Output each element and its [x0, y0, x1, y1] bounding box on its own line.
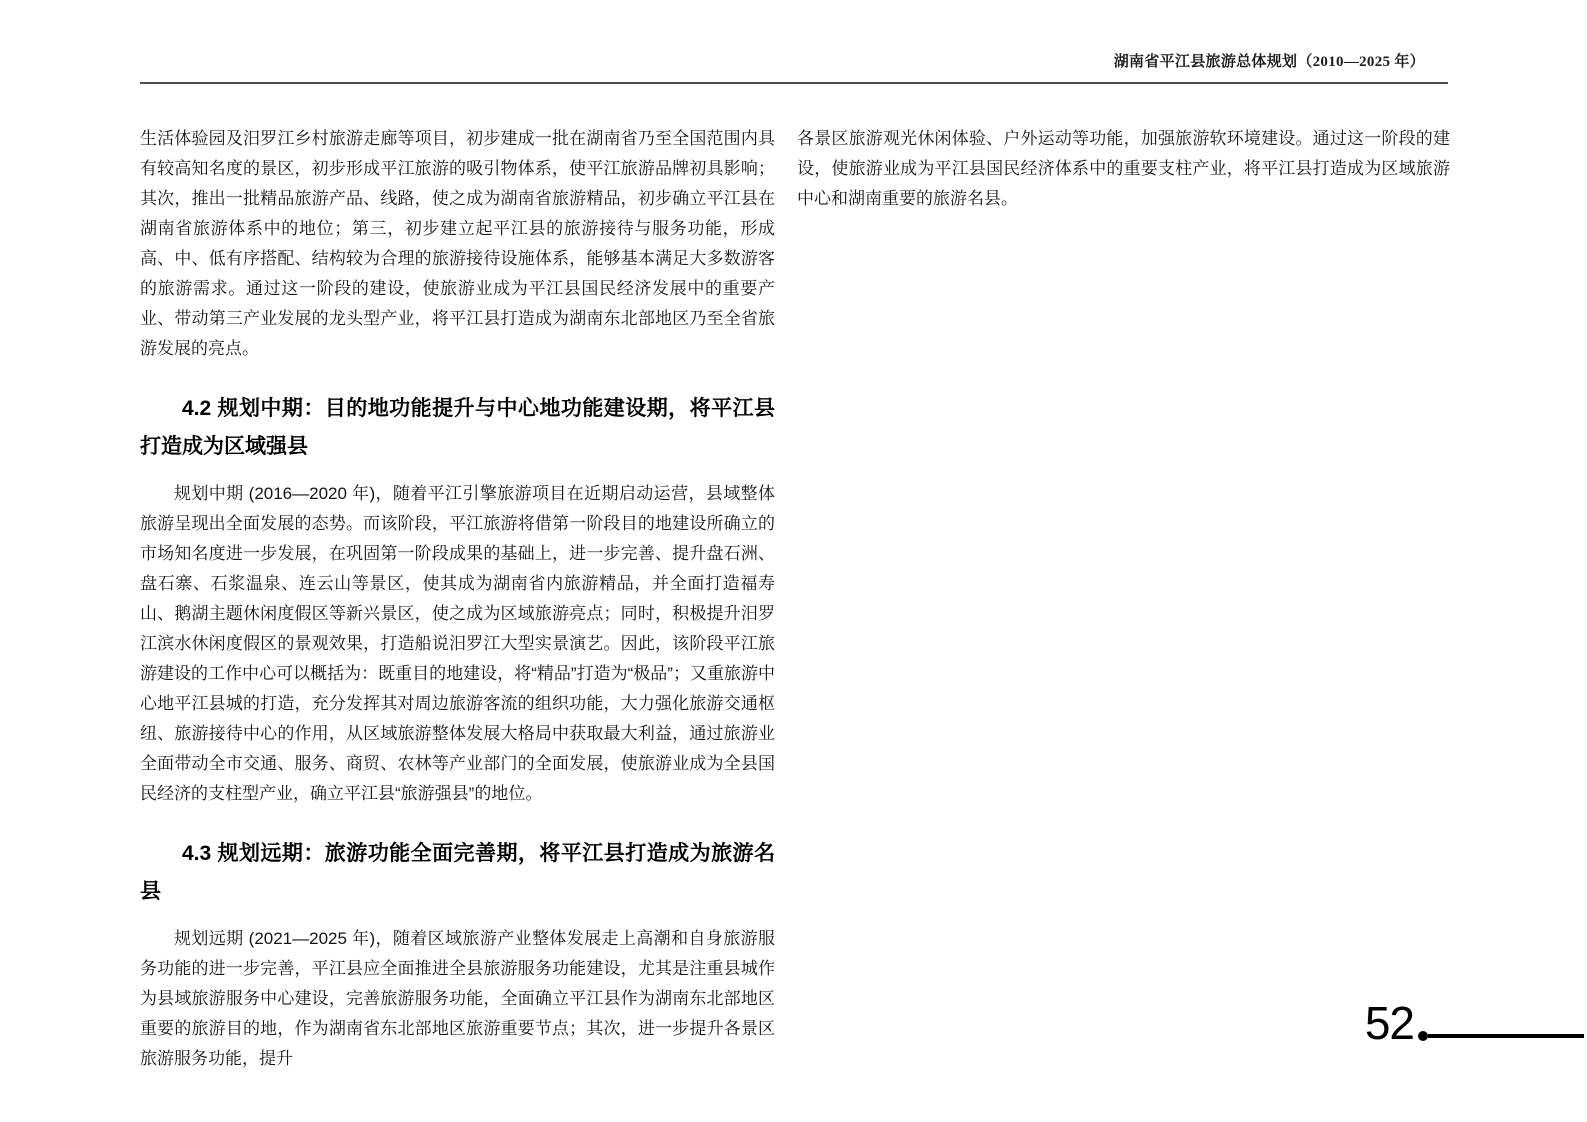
page-header: 湖南省平江县旅游总体规划（2010—2025 年）: [0, 0, 1587, 84]
two-column-body: 生活体验园及汨罗江乡村旅游走廊等项目，初步建成一批在湖南省乃至全国范围内具有较高…: [140, 124, 1450, 1074]
paragraph-section-4-3-continued: 各景区旅游观光休闲体验、户外运动等功能，加强旅游软环境建设。通过这一阶段的建设，…: [797, 124, 1450, 214]
section-heading-4-3: 4.3 规划远期：旅游功能全面完善期，将平江县打造成为旅游名县: [140, 835, 775, 911]
header-rule: [140, 82, 1448, 84]
document-page: 湖南省平江县旅游总体规划（2010—2025 年） 生活体验园及汨罗江乡村旅游走…: [0, 0, 1587, 1122]
right-column: 各景区旅游观光休闲体验、户外运动等功能，加强旅游软环境建设。通过这一阶段的建设，…: [797, 124, 1450, 1074]
footer-rule: [1428, 1034, 1584, 1038]
footer-dot: [1418, 1031, 1428, 1041]
running-header-title: 湖南省平江县旅游总体规划（2010—2025 年）: [0, 0, 1587, 71]
section-heading-4-2: 4.2 规划中期：目的地功能提升与中心地功能建设期，将平江县打造成为区域强县: [140, 390, 775, 466]
page-number: 52: [1365, 1000, 1414, 1046]
paragraph-section-4-3: 规划远期 (2021—2025 年)，随着区域旅游产业整体发展走上高潮和自身旅游…: [140, 924, 775, 1074]
paragraph-intro-continued: 生活体验园及汨罗江乡村旅游走廊等项目，初步建成一批在湖南省乃至全国范围内具有较高…: [140, 124, 775, 364]
left-column: 生活体验园及汨罗江乡村旅游走廊等项目，初步建成一批在湖南省乃至全国范围内具有较高…: [140, 124, 775, 1074]
paragraph-section-4-2: 规划中期 (2016—2020 年)，随着平江引擎旅游项目在近期启动运营，县域整…: [140, 479, 775, 809]
page-footer: 52: [1365, 1000, 1584, 1046]
